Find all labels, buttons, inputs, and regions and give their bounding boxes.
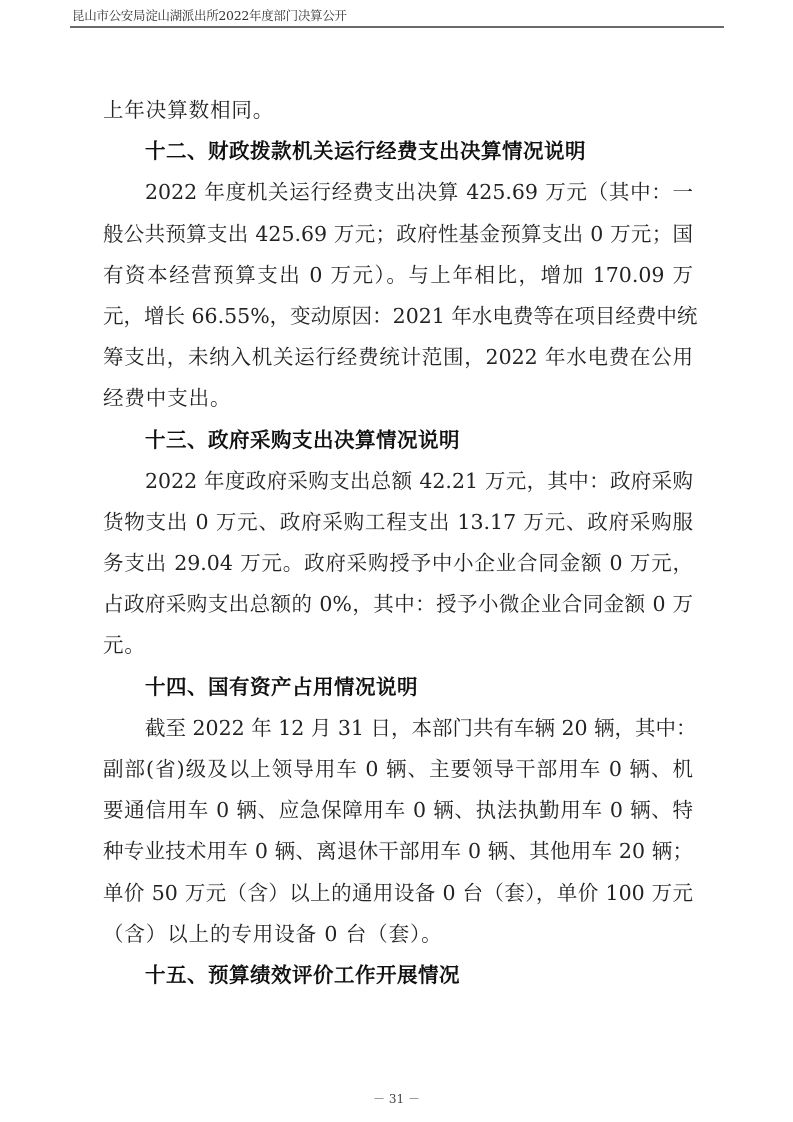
section-heading-14: 十四、国有资产占用情况说明 — [103, 667, 693, 708]
paragraph-line: 截至 2022 年 12 月 31 日，本部门共有车辆 20 辆，其中： — [103, 708, 693, 749]
paragraph-line: 上年决算数相同。 — [103, 90, 693, 131]
paragraph-line: 占政府采购支出总额的 0%，其中：授予小微企业合同金额 0 万 — [103, 584, 693, 625]
paragraph-line: （含）以上的专用设备 0 台（套）。 — [103, 914, 693, 955]
running-header: 昆山市公安局淀山湖派出所2022年度部门决算公开 — [70, 8, 724, 28]
header-title: 昆山市公安局淀山湖派出所2022年度部门决算公开 — [70, 8, 724, 24]
section-heading-13: 十三、政府采购支出决算情况说明 — [103, 420, 693, 461]
paragraph-line: 般公共预算支出 425.69 万元；政府性基金预算支出 0 万元；国 — [103, 214, 693, 255]
paragraph-line: 元，增长 66.55%，变动原因：2021 年水电费等在项目经费中统 — [103, 296, 693, 337]
paragraph-line: 务支出 29.04 万元。政府采购授予中小企业合同金额 0 万元， — [103, 543, 693, 584]
paragraph-line: 要通信用车 0 辆、应急保障用车 0 辆、执法执勤用车 0 辆、特 — [103, 790, 693, 831]
paragraph-line: 元。 — [103, 625, 693, 666]
paragraph-line: 副部(省)级及以上领导用车 0 辆、主要领导干部用车 0 辆、机 — [103, 749, 693, 790]
paragraph-line: 2022 年度政府采购支出总额 42.21 万元，其中：政府采购 — [103, 461, 693, 502]
paragraph-line: 筹支出，未纳入机关运行经费统计范围，2022 年水电费在公用 — [103, 337, 693, 378]
page-number: － 31 － — [0, 1090, 793, 1107]
section-heading-12: 十二、财政拨款机关运行经费支出决算情况说明 — [103, 131, 693, 172]
paragraph-line: 种专业技术用车 0 辆、离退休干部用车 0 辆、其他用车 20 辆； — [103, 831, 693, 872]
paragraph-line: 单价 50 万元（含）以上的通用设备 0 台（套），单价 100 万元 — [103, 873, 693, 914]
document-body: 上年决算数相同。 十二、财政拨款机关运行经费支出决算情况说明 2022 年度机关… — [103, 90, 693, 996]
header-rule — [70, 26, 724, 28]
paragraph-line: 货物支出 0 万元、政府采购工程支出 13.17 万元、政府采购服 — [103, 502, 693, 543]
section-heading-15: 十五、预算绩效评价工作开展情况 — [103, 955, 693, 996]
paragraph-line: 2022 年度机关运行经费支出决算 425.69 万元（其中：一 — [103, 172, 693, 213]
paragraph-line: 有资本经营预算支出 0 万元）。与上年相比，增加 170.09 万 — [103, 255, 693, 296]
paragraph-line: 经费中支出。 — [103, 378, 693, 419]
